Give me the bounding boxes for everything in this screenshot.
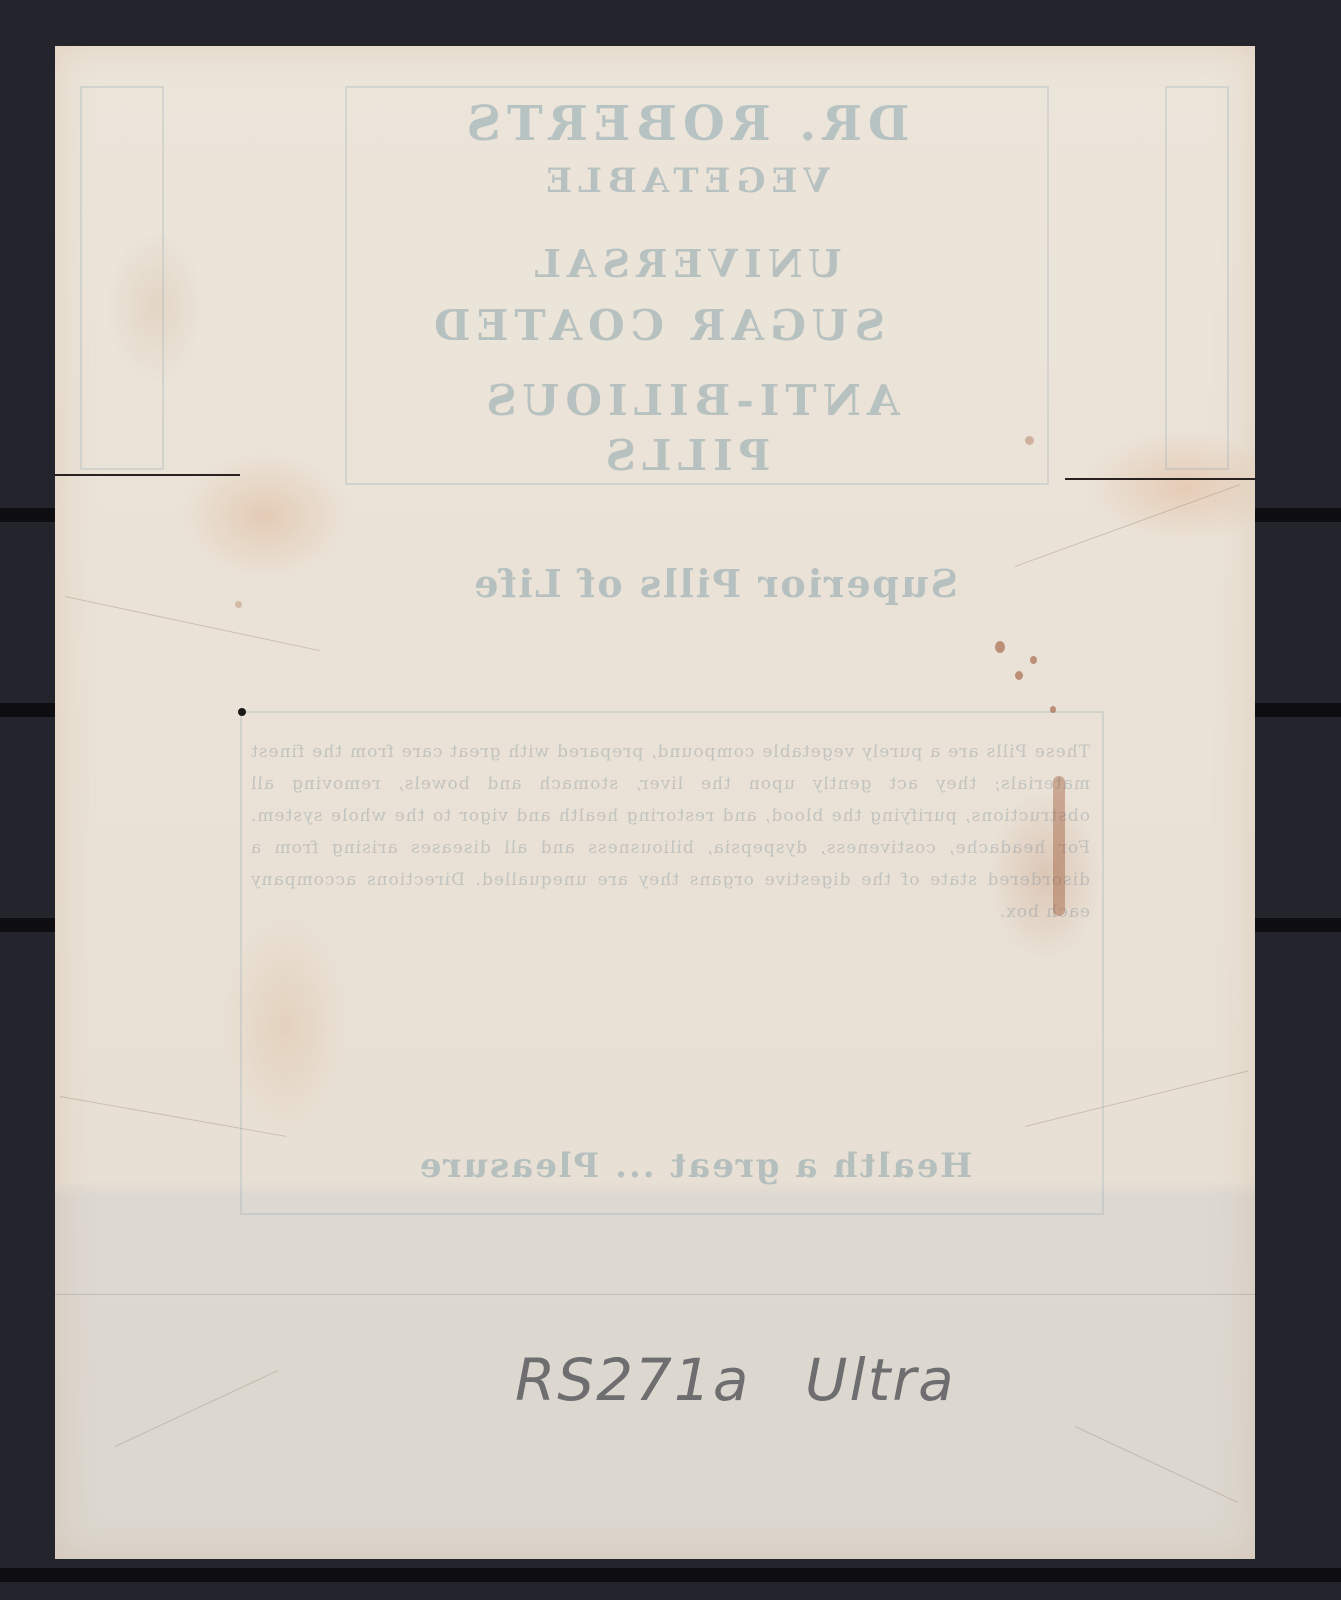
showthrough-heading-2: VEGETABLE [385, 161, 985, 201]
lower-panel-divider [55, 1294, 1255, 1295]
showthrough-heading-sugar: SUGAR COATED [465, 301, 885, 350]
foxing-spot [1015, 671, 1023, 680]
stock-page-strip [0, 1568, 1341, 1582]
showthrough-heading-5: PILLS [455, 431, 915, 480]
showthrough-heading-4: ANTI-BILIOUS [380, 376, 1000, 425]
tear-left [55, 474, 240, 476]
showthrough-heading-1: DR. ROBERTS [405, 96, 965, 152]
crease [115, 1370, 279, 1447]
foxing-spot [235, 601, 242, 608]
tear-right [1065, 478, 1255, 480]
foxing-streak [1053, 776, 1065, 916]
pencil-note: Ultra [805, 1346, 956, 1414]
showthrough-footer: Health a great ... Pleasure [305, 1146, 1085, 1186]
foxing-spot [1050, 706, 1056, 713]
crease [1075, 1426, 1239, 1503]
foxing-spot [1025, 436, 1034, 445]
pencil-catalog-number: RS271a [515, 1346, 750, 1414]
crease [1015, 484, 1241, 567]
showthrough-left-panel [80, 86, 164, 470]
showthrough-subheading: Superior Pills of Life [355, 561, 1075, 606]
showthrough-right-panel [1165, 86, 1229, 470]
pin-hole [238, 708, 246, 716]
wrapper-paper: DR. ROBERTS VEGETABLE UNIVERSAL SUGAR CO… [55, 46, 1255, 1559]
showthrough-heading-3: UNIVERSAL [455, 241, 915, 286]
foxing-spot [1030, 656, 1037, 664]
showthrough-body-text: These Pills are a purely vegetable compo… [250, 736, 1090, 928]
crease [65, 596, 320, 651]
foxing-spot [995, 641, 1005, 653]
